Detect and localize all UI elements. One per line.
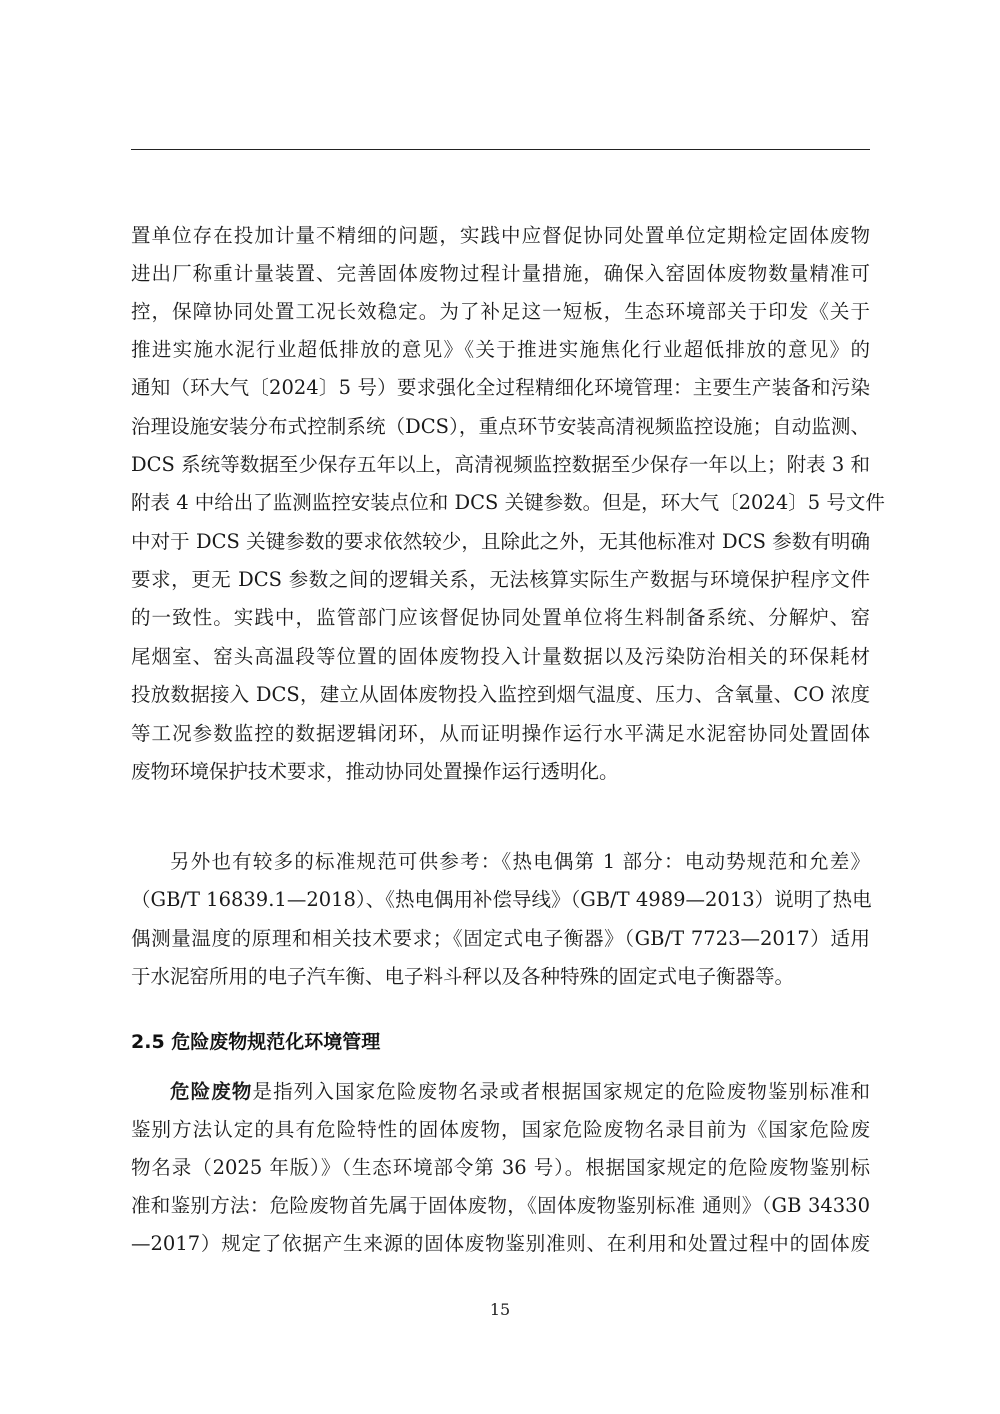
section-heading: 2.5 危险废物规范化环境管理 [131, 1027, 380, 1057]
text-line: 物名录（2025 年版）》（生态环境部令第 36 号）。根据国家规定的危险废物鉴… [131, 1153, 870, 1183]
text-line: 置单位存在投加计量不精细的问题，实践中应督促协同处置单位定期检定固体废物 [131, 221, 870, 251]
text-line: 危险废物是指列入国家危险废物名录或者根据国家规定的危险废物鉴别标准和 [170, 1077, 870, 1107]
text-line: 要求，更无 DCS 参数之间的逻辑关系，无法核算实际生产数据与环境保护程序文件 [131, 565, 870, 595]
header-rule [131, 149, 870, 150]
text-line: 废物环境保护技术要求，推动协同处置操作运行透明化。 [131, 757, 870, 787]
text-line: 投放数据接入 DCS，建立从固体废物投入监控到烟气温度、压力、含氧量、CO 浓度 [131, 680, 870, 710]
text-line: 另外也有较多的标准规范可供参考：《热电偶第 1 部分：电动势规范和允差》 [170, 847, 870, 877]
bold-term: 危险废物 [170, 1080, 252, 1103]
document-page: 置单位存在投加计量不精细的问题，实践中应督促协同处置单位定期检定固体废物 进出厂… [0, 0, 1000, 1414]
text-line: 尾烟室、窑头高温段等位置的固体废物投入计量数据以及污染防治相关的环保耗材 [131, 642, 870, 672]
text-line: —2017）规定了依据产生来源的固体废物鉴别准则、在利用和处置过程中的固体废 [131, 1229, 870, 1259]
text-line: （GB/T 16839.1—2018）、《热电偶用补偿导线》（GB/T 4989… [131, 885, 870, 915]
text-line: 推进实施水泥行业超低排放的意见》《关于推进实施焦化行业超低排放的意见》的 [131, 335, 870, 365]
text-line: 偶测量温度的原理和相关技术要求；《固定式电子衡器》（GB/T 7723—2017… [131, 924, 870, 954]
text-line: 的一致性。实践中，监管部门应该督促协同处置单位将生料制备系统、分解炉、窑 [131, 603, 870, 633]
text-line: 附表 4 中给出了监测监控安装点位和 DCS 关键参数。但是，环大气〔2024〕… [131, 488, 870, 518]
text-line: 准和鉴别方法：危险废物首先属于固体废物，《固体废物鉴别标准 通则》（GB 343… [131, 1191, 870, 1221]
text-line: 中对于 DCS 关键参数的要求依然较少，且除此之外，无其他标准对 DCS 参数有… [131, 527, 870, 557]
text-line: 鉴别方法认定的具有危险特性的固体废物，国家危险废物名录目前为《国家危险废 [131, 1115, 870, 1145]
text-line: 控，保障协同处置工况长效稳定。为了补足这一短板，生态环境部关于印发《关于 [131, 297, 870, 327]
text-line: 治理设施安装分布式控制系统（DCS），重点环节安装高清视频监控设施；自动监测、 [131, 412, 870, 442]
text-line: 进出厂称重计量装置、完善固体废物过程计量措施，确保入窑固体废物数量精准可 [131, 259, 870, 289]
text-span: 是指列入国家危险废物名录或者根据国家规定的危险废物鉴别标准和 [252, 1080, 870, 1103]
text-line: DCS 系统等数据至少保存五年以上，高清视频监控数据至少保存一年以上；附表 3 … [131, 450, 870, 480]
text-line: 等工况参数监控的数据逻辑闭环，从而证明操作运行水平满足水泥窑协同处置固体 [131, 719, 870, 749]
text-line: 通知（环大气〔2024〕5 号）要求强化全过程精细化环境管理：主要生产装备和污染 [131, 373, 870, 403]
page-number: 15 [480, 1298, 520, 1322]
text-line: 于水泥窑所用的电子汽车衡、电子料斗秤以及各种特殊的固定式电子衡器等。 [131, 962, 870, 992]
